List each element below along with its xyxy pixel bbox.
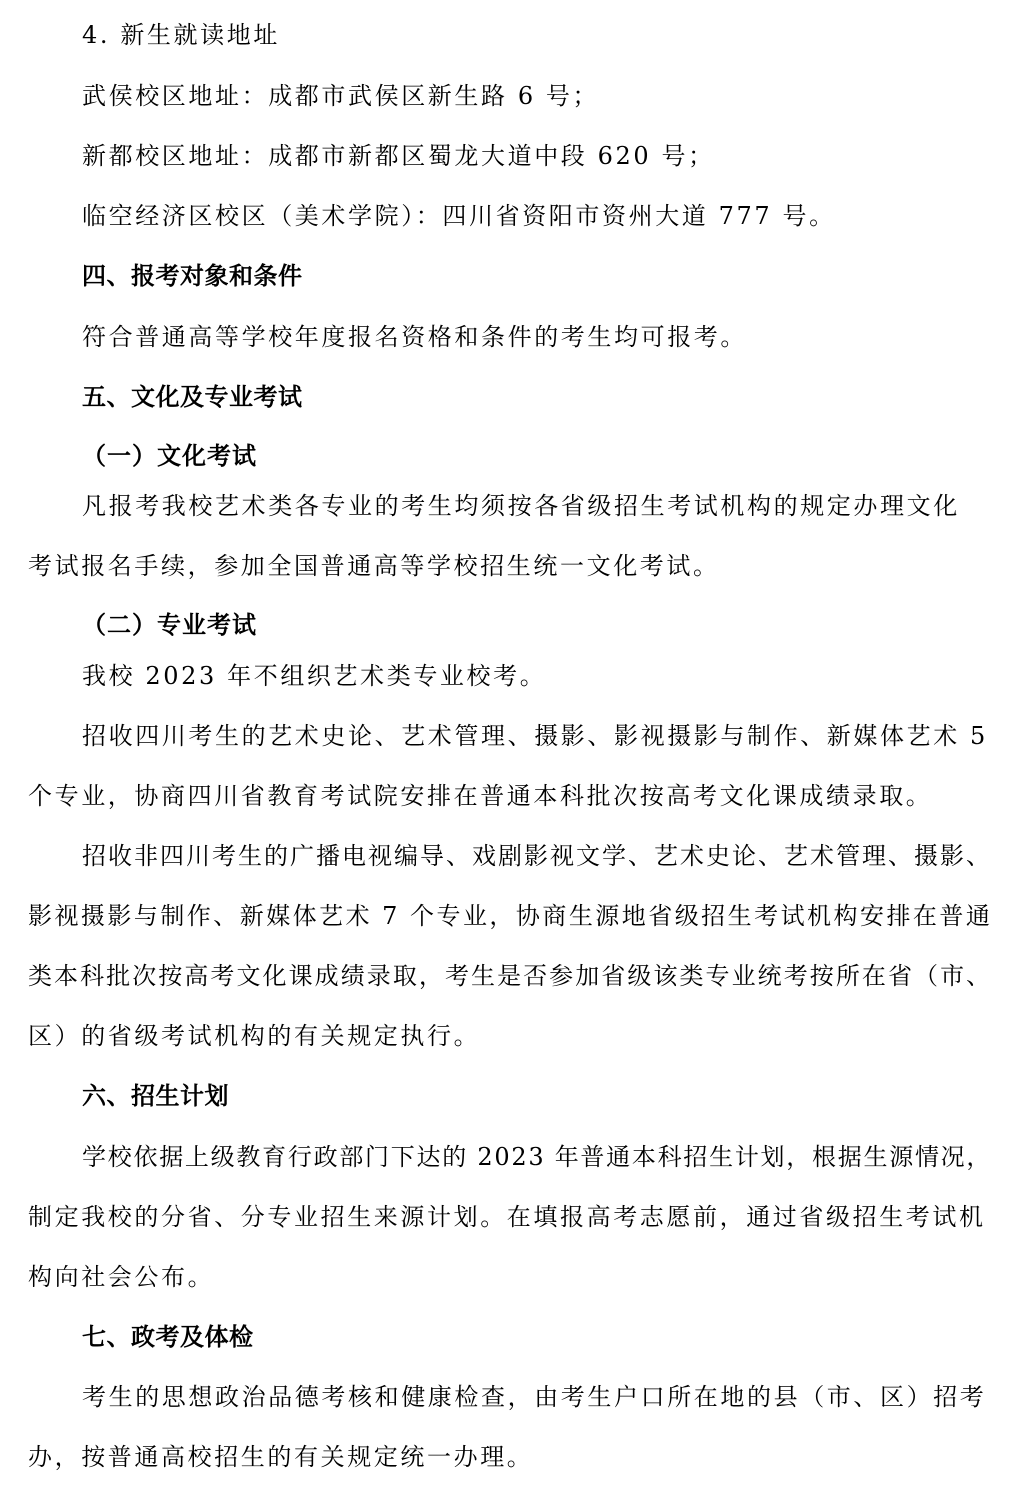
paragraph-line: 新都校区地址：成都市新都区蜀龙大道中段 620 号； [82, 141, 715, 171]
section-heading: 五、文化及专业考试 [82, 382, 303, 412]
section-heading: 七、政考及体检 [82, 1322, 254, 1352]
paragraph-line: 构向社会公布。 [28, 1262, 214, 1292]
paragraph-line: 符合普通高等学校年度报名资格和条件的考生均可报考。 [82, 322, 747, 352]
section-heading: 六、招生计划 [82, 1081, 229, 1111]
paragraph-line: 武侯校区地址：成都市武侯区新生路 6 号； [82, 81, 599, 111]
subsection-heading: （二）专业考试 [82, 610, 257, 640]
paragraph-line: 考生的思想政治品德考核和健康检查，由考生户口所在地的县（市、区）招考 [82, 1382, 986, 1412]
paragraph-line: 影视摄影与制作、新媒体艺术 7 个专业，协商生源地省级招生考试机构安排在普通 [28, 901, 992, 931]
paragraph-line: 区）的省级考试机构的有关规定执行。 [28, 1021, 480, 1051]
paragraph-line: 办，按普通高校招生的有关规定统一办理。 [28, 1442, 533, 1472]
paragraph-line: 4. 新生就读地址 [82, 20, 280, 50]
paragraph-line: 招收四川考生的艺术史论、艺术管理、摄影、影视摄影与制作、新媒体艺术 5 [82, 721, 988, 751]
paragraph-line: 制定我校的分省、分专业招生来源计划。在填报高考志愿前，通过省级招生考试机 [28, 1202, 986, 1232]
paragraph-line: 类本科批次按高考文化课成绩录取，考生是否参加省级该类专业统考按所在省（市、 [28, 961, 992, 991]
paragraph-line: 我校 2023 年不组织艺术类专业校考。 [82, 661, 546, 691]
paragraph-line: 凡报考我校艺术类各专业的考生均须按各省级招生考试机构的规定办理文化 [82, 491, 960, 521]
paragraph-line: 临空经济区校区（美术学院）：四川省资阳市资州大道 777 号。 [82, 201, 836, 231]
paragraph-line: 招收非四川考生的广播电视编导、戏剧影视文学、艺术史论、艺术管理、摄影、 [82, 841, 992, 871]
paragraph-line: 考试报名手续，参加全国普通高等学校招生统一文化考试。 [28, 551, 720, 581]
paragraph-line: 学校依据上级教育行政部门下达的 2023 年普通本科招生计划，根据生源情况， [82, 1142, 992, 1172]
paragraph-line: 个专业，协商四川省教育考试院安排在普通本科批次按高考文化课成绩录取。 [28, 781, 932, 811]
section-heading: 四、报考对象和条件 [82, 261, 303, 291]
subsection-heading: （一）文化考试 [82, 441, 257, 471]
